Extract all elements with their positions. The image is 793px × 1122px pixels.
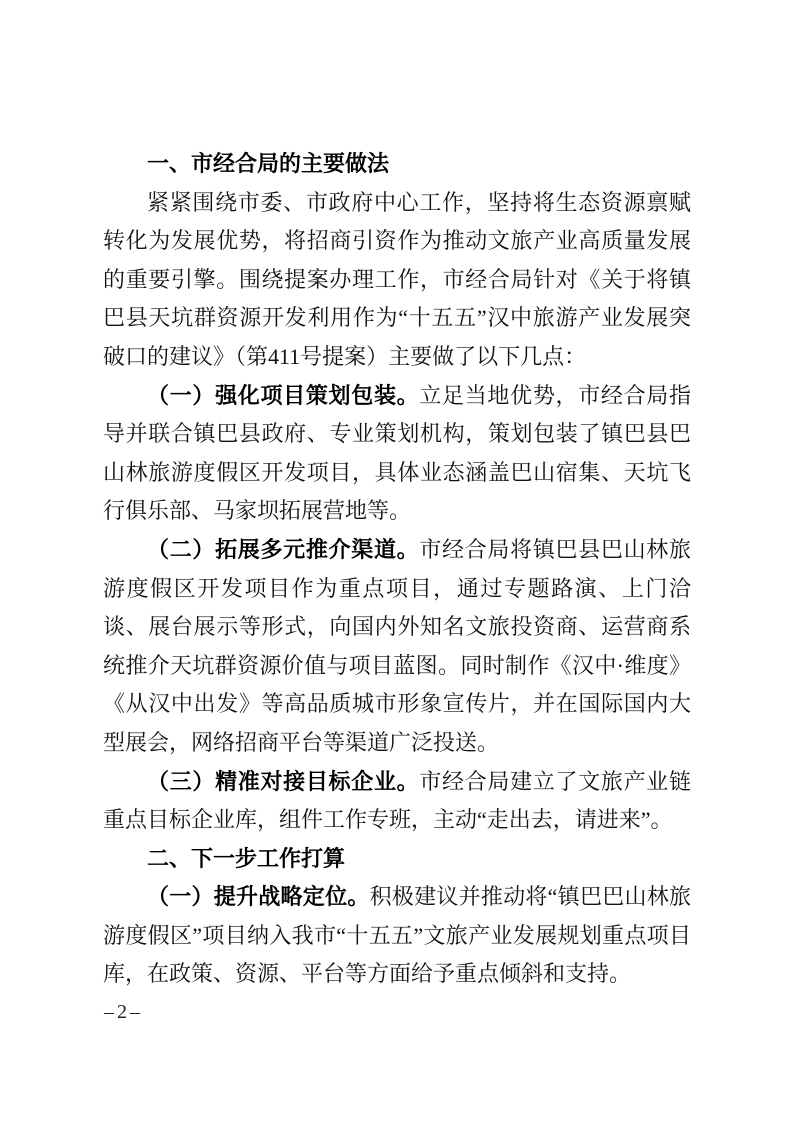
document-page: 一、市经合局的主要做法 紧紧围绕市委、市政府中心工作，坚持将生态资源禀赋转化为发…	[0, 0, 793, 1122]
paragraph-intro-text: 紧紧围绕市委、市政府中心工作，坚持将生态资源禀赋转化为发展优势，将招商引资作为推…	[103, 190, 691, 369]
paragraph-next-step-1: （一）提升战略定位。积极建议并推动将“镇巴巴山林旅游度假区”项目纳入我市“十五五…	[103, 878, 691, 994]
paragraph-intro: 紧紧围绕市委、市政府中心工作，坚持将生态资源禀赋转化为发展优势，将招商引资作为推…	[103, 184, 691, 377]
document-body: 一、市经合局的主要做法 紧紧围绕市委、市政府中心工作，坚持将生态资源禀赋转化为发…	[103, 145, 691, 994]
paragraph-item-3: （三）精准对接目标企业。市经合局建立了文旅产业链重点目标企业库，组件工作专班，主…	[103, 763, 691, 840]
paragraph-next-step-1-lead: （一）提升战略定位。	[147, 884, 370, 909]
paragraph-item-1: （一）强化项目策划包装。立足当地优势，市经合局指导并联合镇巴县政府、专业策划机构…	[103, 377, 691, 531]
section-heading-main-1: 一、市经合局的主要做法	[103, 145, 691, 184]
paragraph-item-2-lead: （二）拓展多元推介渠道。	[147, 537, 419, 562]
paragraph-item-2-text: 市经合局将镇巴县巴山林旅游度假区开发项目作为重点项目，通过专题路演、上门洽谈、展…	[103, 537, 691, 755]
section-heading-main-2: 二、下一步工作打算	[103, 840, 691, 879]
paragraph-item-2: （二）拓展多元推介渠道。市经合局将镇巴县巴山林旅游度假区开发项目作为重点项目，通…	[103, 531, 691, 763]
paragraph-item-3-lead: （三）精准对接目标企业。	[147, 769, 419, 794]
page-number: –2–	[104, 1001, 143, 1024]
paragraph-item-1-lead: （一）强化项目策划包装。	[147, 383, 419, 408]
